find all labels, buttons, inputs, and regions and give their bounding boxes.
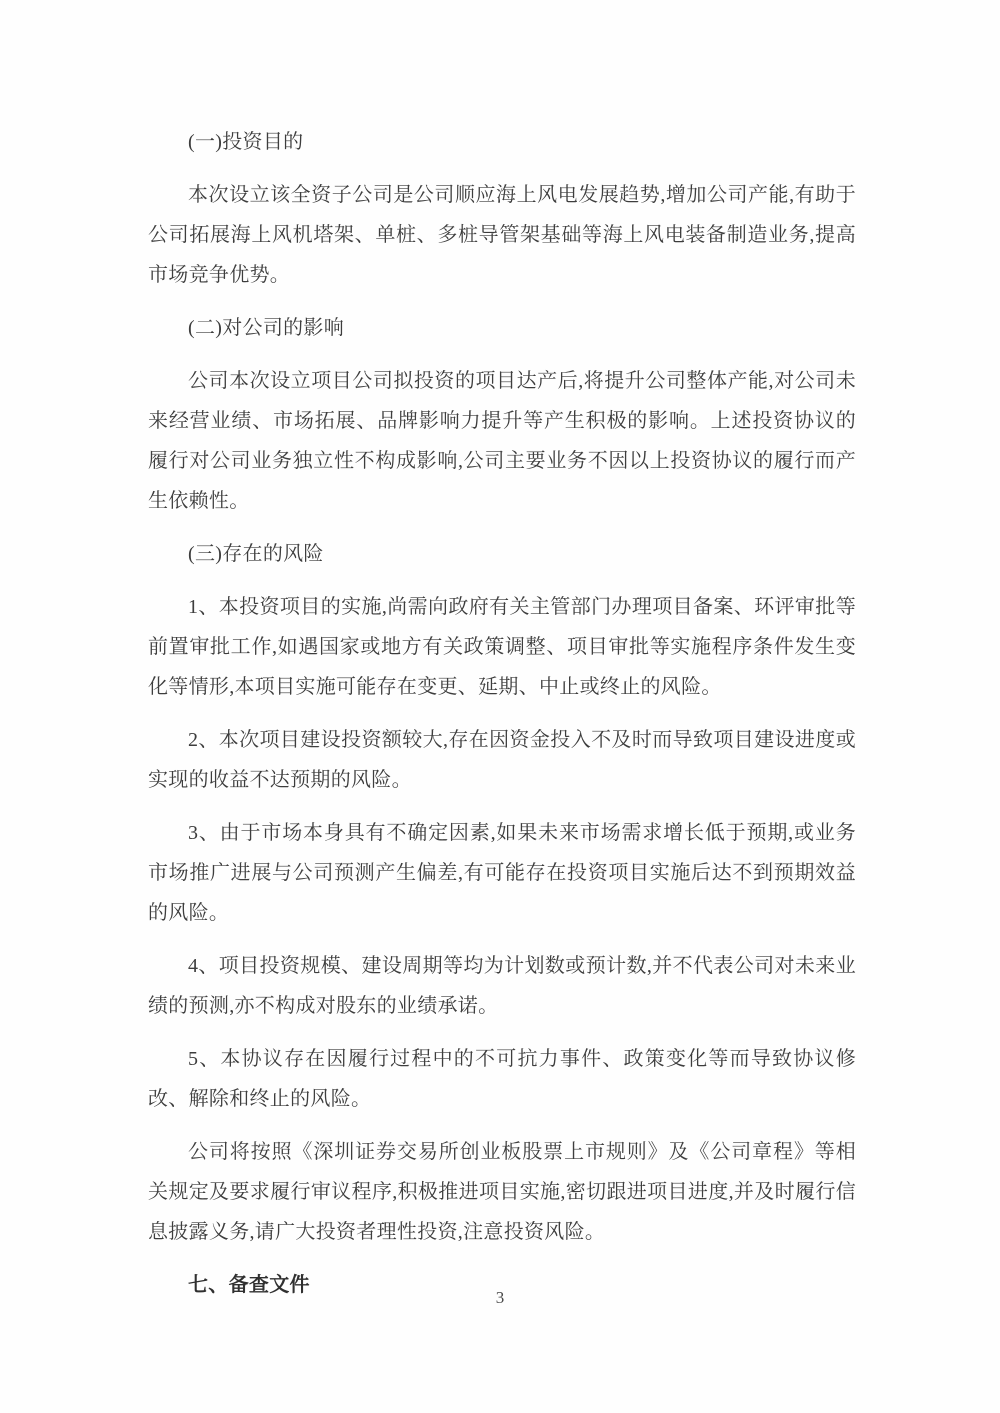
section-heading-impact-on-company: (二)对公司的影响 bbox=[148, 308, 856, 348]
paragraph-investment-purpose: 本次设立该全资子公司是公司顺应海上风电发展趋势,增加公司产能,有助于公司拓展海上… bbox=[148, 175, 856, 295]
risk-item-3: 3、由于市场本身具有不确定因素,如果未来市场需求增长低于预期,或业务市场推广进展… bbox=[148, 813, 856, 933]
document-body: (一)投资目的 本次设立该全资子公司是公司顺应海上风电发展趋势,增加公司产能,有… bbox=[148, 122, 856, 1318]
risk-item-1: 1、本投资项目的实施,尚需向政府有关主管部门办理项目备案、环评审批等前置审批工作… bbox=[148, 587, 856, 707]
document-page: (一)投资目的 本次设立该全资子公司是公司顺应海上风电发展趋势,增加公司产能,有… bbox=[0, 0, 1000, 1413]
risk-item-2: 2、本次项目建设投资额较大,存在因资金投入不及时而导致项目建设进度或实现的收益不… bbox=[148, 720, 856, 800]
page-number: 3 bbox=[0, 1288, 1000, 1308]
section-heading-risks: (三)存在的风险 bbox=[148, 534, 856, 574]
paragraph-closing-statement: 公司将按照《深圳证券交易所创业板股票上市规则》及《公司章程》等相关规定及要求履行… bbox=[148, 1132, 856, 1252]
section-heading-investment-purpose: (一)投资目的 bbox=[148, 122, 856, 162]
risk-item-5: 5、本协议存在因履行过程中的不可抗力事件、政策变化等而导致协议修改、解除和终止的… bbox=[148, 1039, 856, 1119]
risk-item-4: 4、项目投资规模、建设周期等均为计划数或预计数,并不代表公司对未来业绩的预测,亦… bbox=[148, 946, 856, 1026]
paragraph-impact-on-company: 公司本次设立项目公司拟投资的项目达产后,将提升公司整体产能,对公司未来经营业绩、… bbox=[148, 361, 856, 521]
